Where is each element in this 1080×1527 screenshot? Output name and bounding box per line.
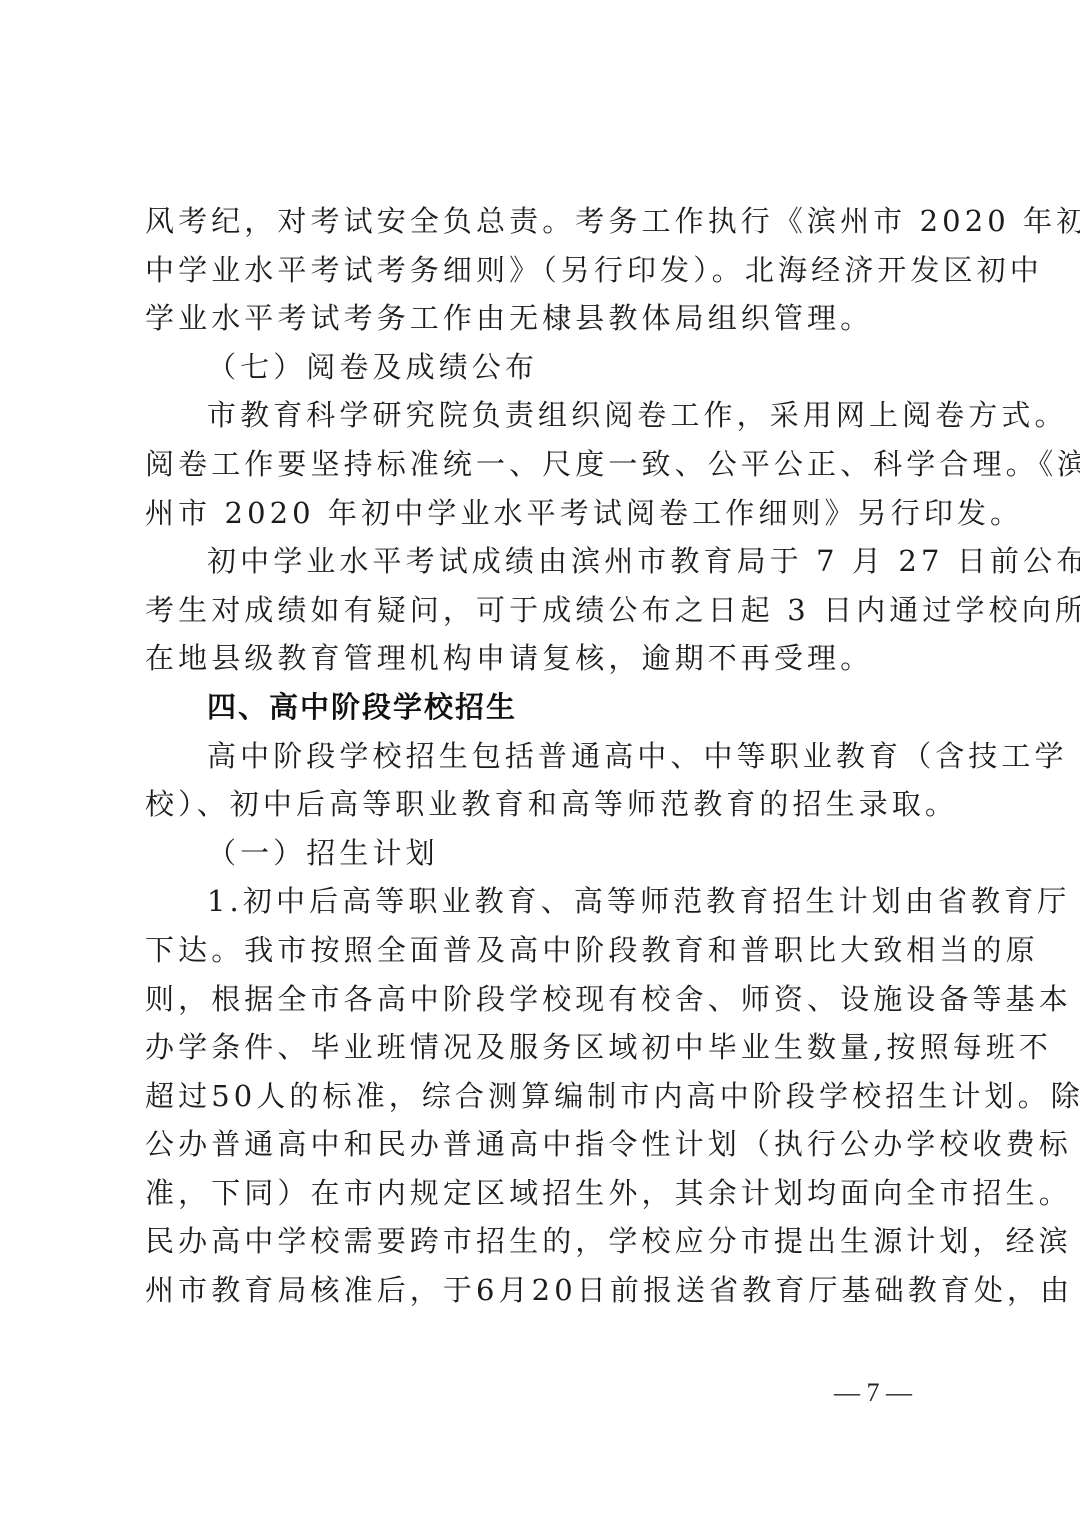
subsection-heading-enrollment-plan: （一）招生计划 (145, 829, 945, 878)
document-page: 风考纪，对考试安全负总责。考务工作执行《滨州市 2020 年初 中学业水平考试考… (0, 0, 1080, 1527)
page-number: — 7 — (834, 1378, 912, 1408)
paragraph-line: 民办高中学校需要跨市招生的，学校应分市提出生源计划，经滨 (145, 1217, 945, 1266)
paragraph-line: 准，下同）在市内规定区域招生外，其余计划均面向全市招生。 (145, 1169, 945, 1218)
paragraph-line: 高中阶段学校招生包括普通高中、中等职业教育（含技工学 (145, 732, 945, 781)
document-body: 风考纪，对考试安全负总责。考务工作执行《滨州市 2020 年初 中学业水平考试考… (145, 197, 945, 1315)
paragraph-line: 州市 2020 年初中学业水平考试阅卷工作细则》另行印发。 (145, 489, 945, 538)
paragraph-line: 公办普通高中和民办普通高中指令性计划（执行公办学校收费标 (145, 1120, 945, 1169)
section-heading-high-school-admission: 四、高中阶段学校招生 (145, 683, 945, 732)
paragraph-line: 州市教育局核准后，于6月20日前报送省教育厅基础教育处，由 (145, 1266, 945, 1315)
subsection-heading-grading: （七）阅卷及成绩公布 (145, 343, 945, 392)
paragraph-line: 1.初中后高等职业教育、高等师范教育招生计划由省教育厅 (145, 877, 945, 926)
paragraph-line: 校）、初中后高等职业教育和高等师范教育的招生录取。 (145, 780, 945, 829)
paragraph-line: 中学业水平考试考务细则》（另行印发）。北海经济开发区初中 (145, 246, 945, 295)
paragraph-line: 办学条件、毕业班情况及服务区域初中毕业生数量,按照每班不 (145, 1023, 945, 1072)
paragraph-line: 超过50人的标准，综合测算编制市内高中阶段学校招生计划。除 (145, 1072, 945, 1121)
paragraph-line: 初中学业水平考试成绩由滨州市教育局于 7 月 27 日前公布。 (145, 537, 945, 586)
paragraph-line: 学业水平考试考务工作由无棣县教体局组织管理。 (145, 294, 945, 343)
paragraph-line: 风考纪，对考试安全负总责。考务工作执行《滨州市 2020 年初 (145, 197, 945, 246)
paragraph-line: 阅卷工作要坚持标准统一、尺度一致、公平公正、科学合理。《滨 (145, 440, 945, 489)
paragraph-line: 则，根据全市各高中阶段学校现有校舍、师资、设施设备等基本 (145, 975, 945, 1024)
paragraph-line: 市教育科学研究院负责组织阅卷工作，采用网上阅卷方式。 (145, 391, 945, 440)
paragraph-line: 在地县级教育管理机构申请复核，逾期不再受理。 (145, 634, 945, 683)
paragraph-line: 下达。我市按照全面普及高中阶段教育和普职比大致相当的原 (145, 926, 945, 975)
paragraph-line: 考生对成绩如有疑问，可于成绩公布之日起 3 日内通过学校向所 (145, 586, 945, 635)
